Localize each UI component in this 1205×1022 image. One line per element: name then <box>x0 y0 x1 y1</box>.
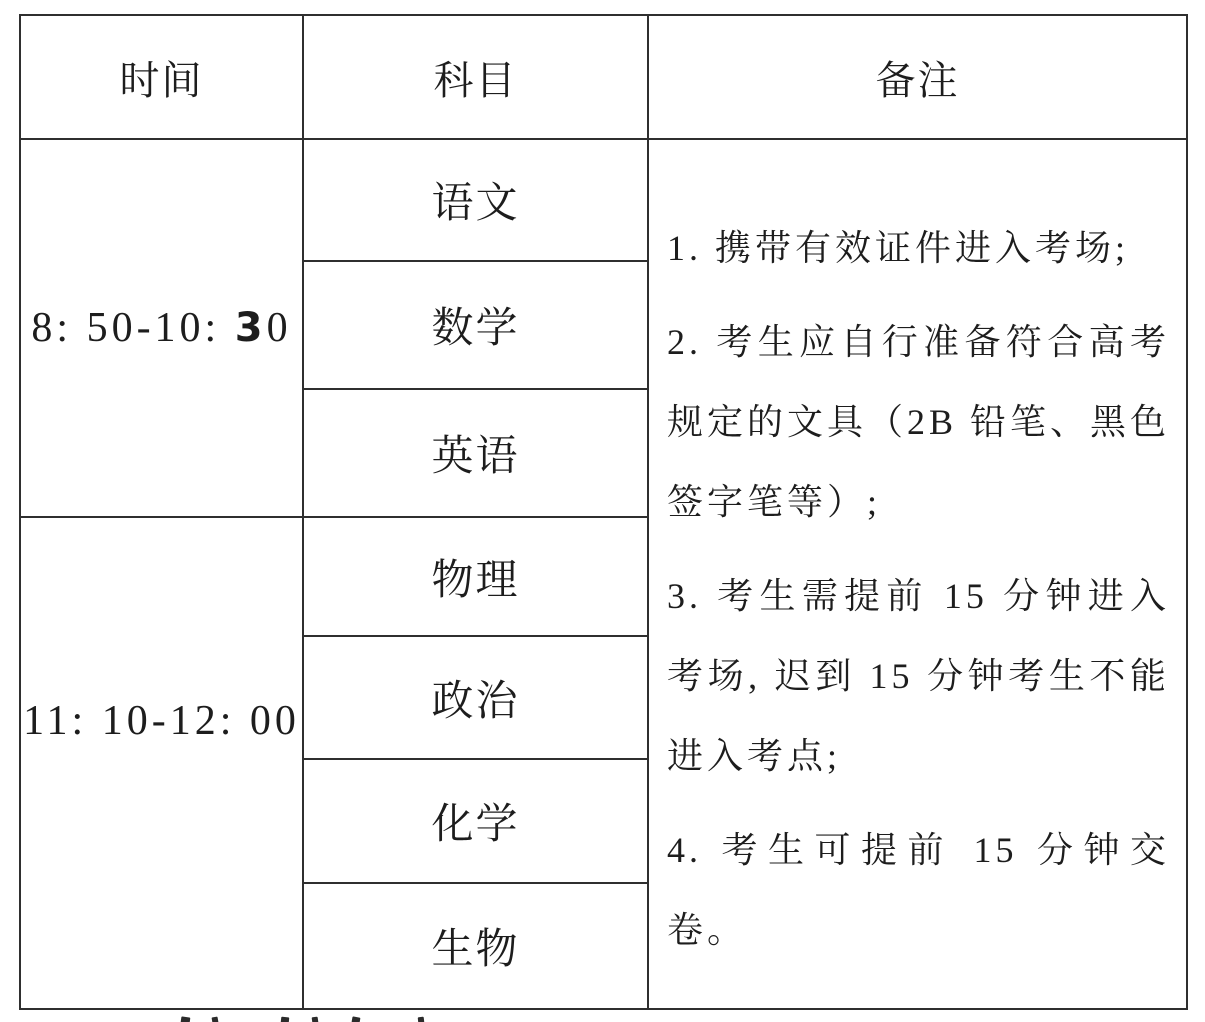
subject-politics: 政治 <box>303 636 648 759</box>
exam-schedule-table: 时间 科目 备注 8: 50-10: 30 语文 1. 携带有效证件进入考场; … <box>19 14 1188 1010</box>
subject-english: 英语 <box>303 389 648 517</box>
clipped-text-marks <box>0 1014 1205 1022</box>
notes-list: 1. 携带有效证件进入考场; 2. 考生应自行准备符合高考规定的文具（2B 铅笔… <box>649 164 1186 970</box>
header-notes: 备注 <box>648 15 1187 139</box>
subject-physics: 物理 <box>303 517 648 636</box>
note-item-2: 2. 考生应自行准备符合高考规定的文具（2B 铅笔、黑色签字笔等）; <box>667 302 1170 542</box>
time-slot-morning-text: 8: 50-10: 30 <box>31 305 291 351</box>
time-slot-morning: 8: 50-10: 30 <box>20 139 303 517</box>
time-slot-noon: 11: 10-12: 00 <box>20 517 303 1009</box>
notes-cell: 1. 携带有效证件进入考场; 2. 考生应自行准备符合高考规定的文具（2B 铅笔… <box>648 139 1187 1009</box>
note-item-3: 3. 考生需提前 15 分钟进入考场, 迟到 15 分钟考生不能进入考点; <box>667 556 1170 796</box>
subject-biology: 生物 <box>303 883 648 1009</box>
subject-math: 数学 <box>303 261 648 389</box>
time-slot-noon-text: 11: 10-12: 00 <box>23 697 300 745</box>
scanned-document-page: 时间 科目 备注 8: 50-10: 30 语文 1. 携带有效证件进入考场; … <box>0 0 1205 1022</box>
subject-chinese: 语文 <box>303 139 648 261</box>
header-subject: 科目 <box>303 15 648 139</box>
bold-digit: 3 <box>235 305 267 351</box>
table-row: 8: 50-10: 30 语文 1. 携带有效证件进入考场; 2. 考生应自行准… <box>20 139 1187 261</box>
header-time: 时间 <box>20 15 303 139</box>
note-item-4: 4. 考生可提前 15 分钟交卷。 <box>667 810 1170 970</box>
note-item-1: 1. 携带有效证件进入考场; <box>667 208 1170 288</box>
header-row: 时间 科目 备注 <box>20 15 1187 139</box>
subject-chemistry: 化学 <box>303 759 648 883</box>
